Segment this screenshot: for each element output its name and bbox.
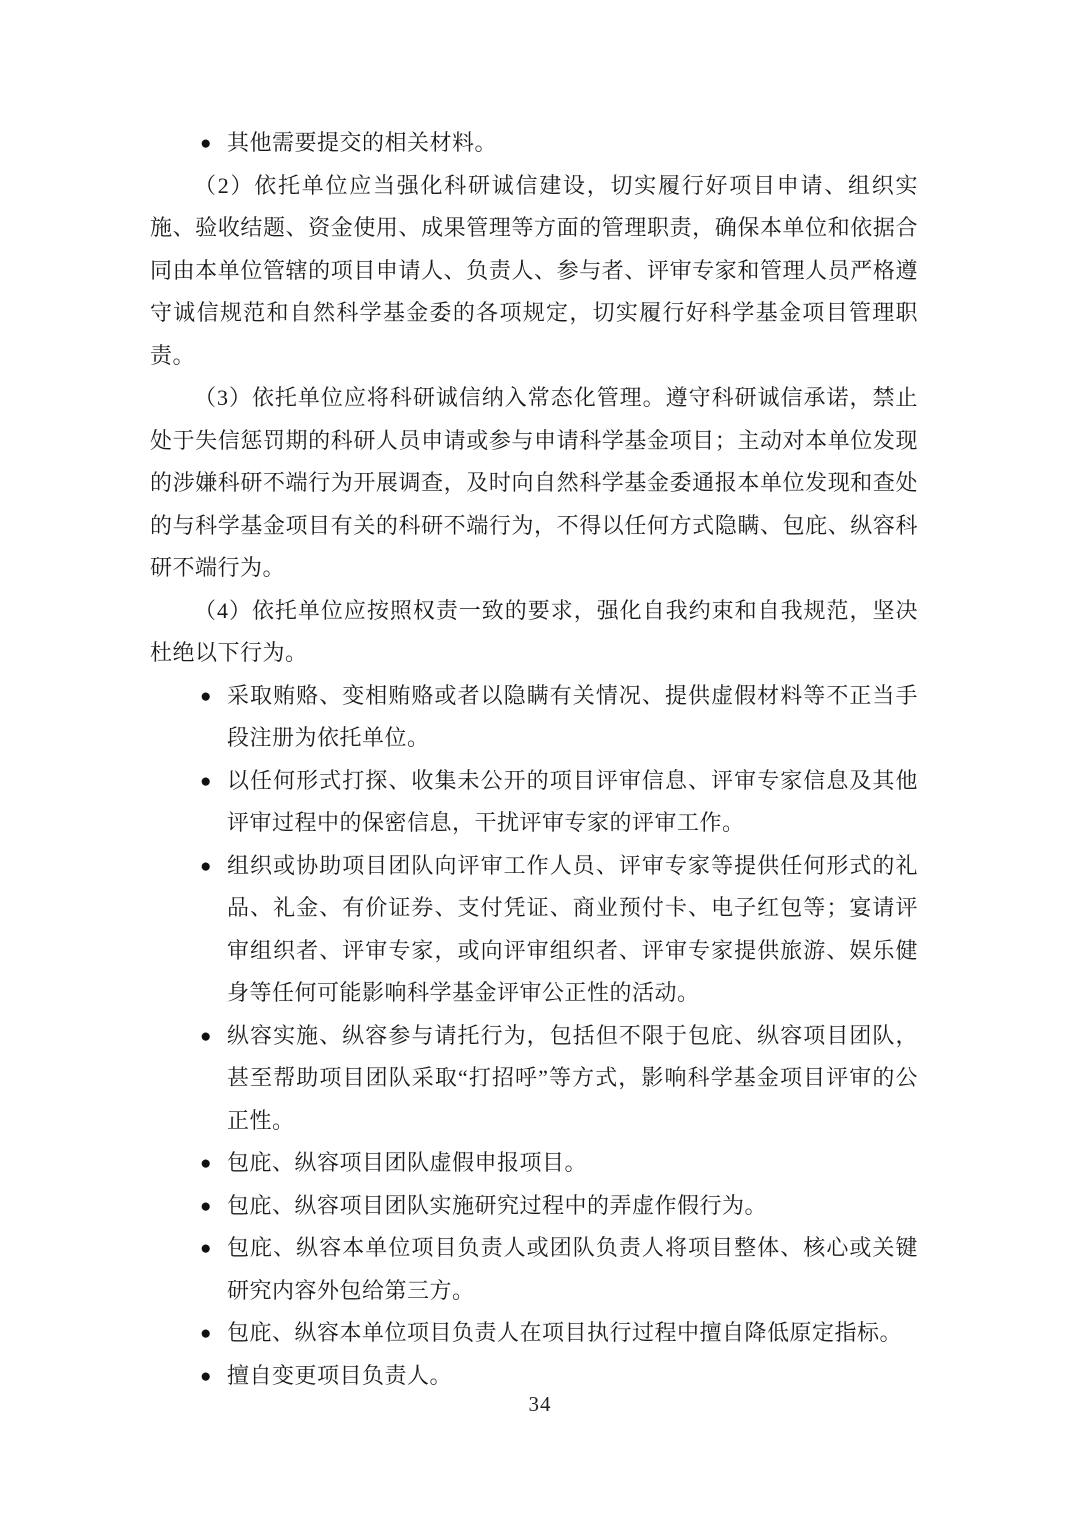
- list-item-text: 其他需要提交的相关材料。: [227, 122, 918, 165]
- list-item-text: 采取贿赂、变相贿赂或者以隐瞒有关情况、提供虚假材料等不正当手段注册为依托单位。: [227, 675, 918, 760]
- paragraph: （3）依托单位应将科研诚信纳入常态化管理。遵守科研诚信承诺，禁止处于失信惩罚期的…: [150, 377, 918, 590]
- bullet-icon: ●: [200, 1016, 211, 1059]
- list-item: ●其他需要提交的相关材料。: [150, 122, 918, 165]
- paragraph: （2）依托单位应当强化科研诚信建设，切实履行好项目申请、组织实施、验收结题、资金…: [150, 165, 918, 378]
- list-item: ●包庇、纵容项目团队虚假申报项目。: [150, 1142, 918, 1185]
- paragraph: （4）依托单位应按照权责一致的要求，强化自我约束和自我规范，坚决杜绝以下行为。: [150, 590, 918, 675]
- list-item-text: 组织或协助项目团队向评审工作人员、评审专家等提供任何形式的礼品、礼金、有价证券、…: [227, 845, 918, 1015]
- list-item: ●以任何形式打探、收集未公开的项目评审信息、评审专家信息及其他评审过程中的保密信…: [150, 760, 918, 845]
- bullet-icon: ●: [200, 1186, 211, 1229]
- page-number: 34: [0, 1392, 1080, 1417]
- bullet-icon: ●: [200, 123, 211, 166]
- list-item-text: 包庇、纵容本单位项目负责人在项目执行过程中擅自降低原定指标。: [227, 1312, 918, 1355]
- bullet-icon: ●: [200, 1313, 211, 1356]
- list-item-text: 包庇、纵容本单位项目负责人或团队负责人将项目整体、核心或关键研究内容外包给第三方…: [227, 1227, 918, 1312]
- bullet-icon: ●: [200, 1143, 211, 1186]
- bullet-icon: ●: [200, 1228, 211, 1271]
- list-item-text: 包庇、纵容项目团队虚假申报项目。: [227, 1142, 918, 1185]
- document-page: ●其他需要提交的相关材料。（2）依托单位应当强化科研诚信建设，切实履行好项目申请…: [0, 0, 1080, 1527]
- document-content: ●其他需要提交的相关材料。（2）依托单位应当强化科研诚信建设，切实履行好项目申请…: [150, 122, 918, 1397]
- bullet-icon: ●: [200, 761, 211, 804]
- list-item: ●采取贿赂、变相贿赂或者以隐瞒有关情况、提供虚假材料等不正当手段注册为依托单位。: [150, 675, 918, 760]
- list-item: ●包庇、纵容本单位项目负责人在项目执行过程中擅自降低原定指标。: [150, 1312, 918, 1355]
- bullet-icon: ●: [200, 846, 211, 889]
- list-item-text: 擅自变更项目负责人。: [227, 1355, 918, 1398]
- list-item-text: 包庇、纵容项目团队实施研究过程中的弄虚作假行为。: [227, 1185, 918, 1228]
- list-item: ●包庇、纵容项目团队实施研究过程中的弄虚作假行为。: [150, 1185, 918, 1228]
- list-item: ●擅自变更项目负责人。: [150, 1355, 918, 1398]
- list-item-text: 纵容实施、纵容参与请托行为，包括但不限于包庇、纵容项目团队，甚至帮助项目团队采取…: [227, 1015, 918, 1143]
- bullet-icon: ●: [200, 676, 211, 719]
- list-item-text: 以任何形式打探、收集未公开的项目评审信息、评审专家信息及其他评审过程中的保密信息…: [227, 760, 918, 845]
- list-item: ●包庇、纵容本单位项目负责人或团队负责人将项目整体、核心或关键研究内容外包给第三…: [150, 1227, 918, 1312]
- list-item: ●纵容实施、纵容参与请托行为，包括但不限于包庇、纵容项目团队，甚至帮助项目团队采…: [150, 1015, 918, 1143]
- list-item: ●组织或协助项目团队向评审工作人员、评审专家等提供任何形式的礼品、礼金、有价证券…: [150, 845, 918, 1015]
